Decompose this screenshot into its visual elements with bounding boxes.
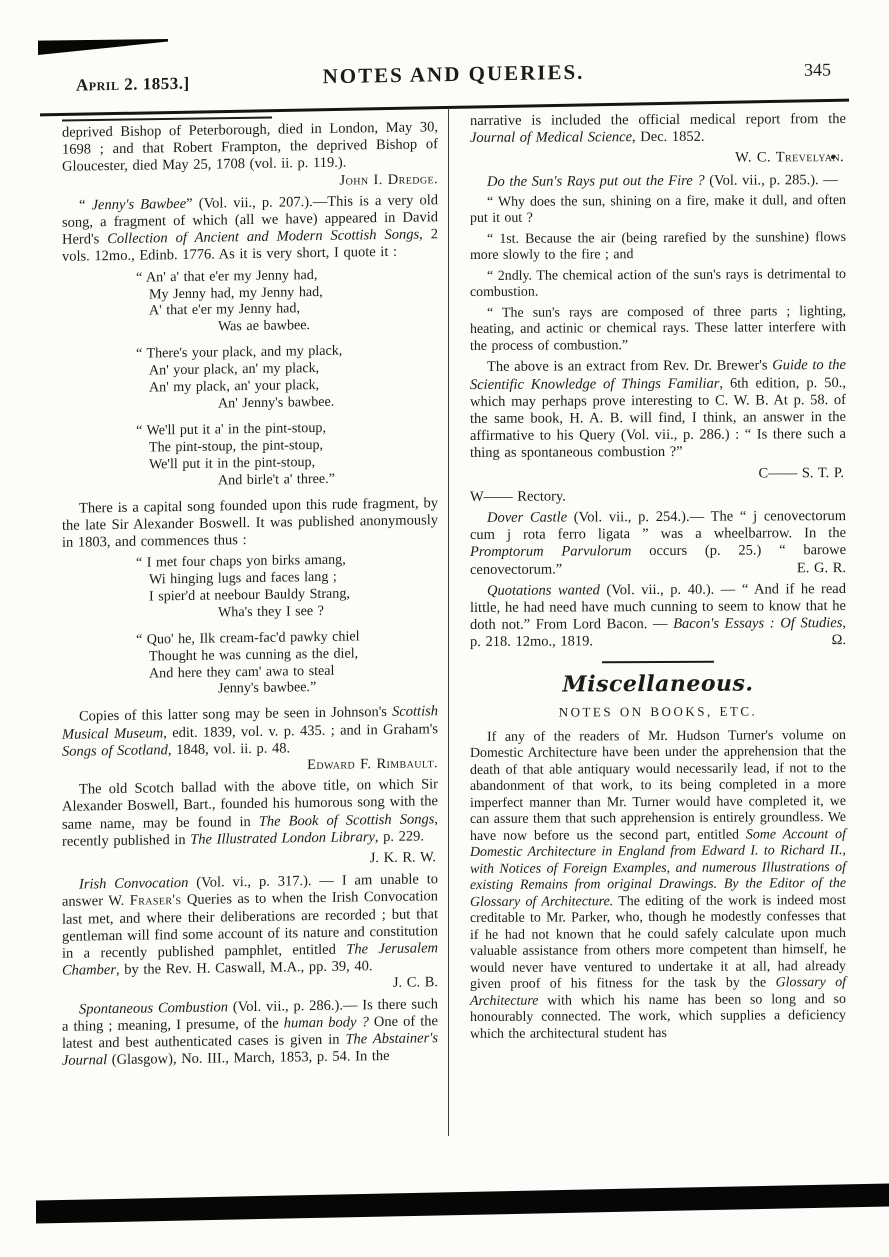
text-run: , Dec. 1852. bbox=[632, 129, 704, 145]
text-run: human body ? bbox=[284, 1014, 369, 1031]
page-number: 345 bbox=[804, 59, 831, 80]
section-subheading: NOTES ON BOOKS, ETC. bbox=[470, 702, 846, 721]
paragraph: Copies of this latter song may be seen i… bbox=[62, 704, 438, 778]
text-run: Irish Convocation bbox=[79, 875, 188, 893]
scan-edge-artifact bbox=[36, 1183, 889, 1223]
paragraph: narrative is included the official medic… bbox=[470, 111, 846, 147]
paragraph: Do the Sun's Rays put out the Fire ? (Vo… bbox=[470, 172, 846, 191]
page-body: deprived Bishop of Peterborough, died in… bbox=[62, 112, 846, 1071]
text-run: (Vol. vii., p. 285.). — bbox=[705, 172, 838, 189]
verse-stanza: “ There's your plack, and my plack,An' y… bbox=[136, 341, 438, 413]
text-run: , by the Rev. H. Caswall, M.A., pp. 39, … bbox=[116, 958, 373, 978]
text-run: “ The sun's rays are composed of three p… bbox=[470, 304, 846, 354]
paragraph: “ 2ndly. The chemical action of the sun'… bbox=[470, 267, 846, 302]
text-run: narrative is included the official medic… bbox=[470, 111, 846, 129]
verse-stanza: “ We'll put it a' in the pint-stoup,The … bbox=[136, 418, 438, 490]
paragraph: “ 1st. Because the air (being rarefied b… bbox=[470, 230, 846, 265]
paragraph: There is a capital song founded upon thi… bbox=[62, 495, 438, 552]
paragraph: “ Jenny's Bawbee” (Vol. vii., p. 207.).—… bbox=[62, 192, 438, 266]
text-run: Quotations wanted bbox=[487, 582, 600, 599]
paragraph: deprived Bishop of Peterborough, died in… bbox=[62, 119, 438, 193]
text-run: The Illustrated London Library bbox=[190, 829, 375, 848]
ink-blot-artifact bbox=[38, 39, 168, 55]
text-run: Jenny's Bawbee bbox=[92, 196, 187, 213]
text-run: There is a capital song founded upon thi… bbox=[62, 495, 438, 551]
section-heading: Miscellaneous. bbox=[470, 675, 846, 694]
signature: W. C. Trevelyan. bbox=[470, 149, 844, 168]
text-run: W—— Rectory. bbox=[470, 488, 566, 505]
verse-stanza: “ An' a' that e'er my Jenny had,My Jenny… bbox=[136, 265, 438, 337]
section-divider-rule bbox=[602, 660, 714, 663]
column-right: narrative is included the official medic… bbox=[470, 111, 846, 1072]
text-run: Do the Sun's Rays put out the Fire ? bbox=[487, 172, 705, 189]
paragraph: The old Scotch ballad with the above tit… bbox=[62, 776, 438, 850]
paragraph: Irish Convocation (Vol. vi., p. 317.). —… bbox=[62, 871, 438, 997]
verse-stanza: “ Quo' he, Ilk cream-fac'd pawky chielTh… bbox=[136, 627, 438, 699]
column-left: deprived Bishop of Peterborough, died in… bbox=[62, 109, 438, 1074]
text-run: “ Why does the sun, shining on a fire, m… bbox=[470, 193, 846, 226]
text-run: Dover Castle bbox=[487, 509, 567, 525]
paragraph: “ The sun's rays are composed of three p… bbox=[470, 304, 846, 355]
verse-stanza: “ I met four chaps yon birks amang,Wi hi… bbox=[136, 550, 438, 622]
paragraph: The above is an extract from Rev. Dr. Br… bbox=[470, 357, 846, 462]
page-header: April 2. 1853.] NOTES AND QUERIES. 345 bbox=[62, 53, 845, 103]
text-run: Songs of Scotland bbox=[62, 742, 168, 760]
signature: E. G. R. bbox=[766, 560, 846, 578]
text-run: “ 1st. Because the air (being rarefied b… bbox=[470, 230, 846, 263]
text-run: The Book of Scottish Songs bbox=[259, 811, 435, 830]
paragraph: W—— Rectory. bbox=[470, 487, 846, 506]
text-run: (Glasgow), No. III., March, 1853, p. 54.… bbox=[107, 1048, 389, 1068]
text-run: “ bbox=[79, 197, 92, 213]
text-run: Journal of Medical Science bbox=[470, 129, 632, 146]
page: April 2. 1853.] NOTES AND QUERIES. 345 d… bbox=[0, 0, 889, 1257]
publication-title: NOTES AND QUERIES. bbox=[62, 55, 845, 94]
signature: Ω. bbox=[801, 632, 846, 649]
text-run: Spontaneous Combustion bbox=[79, 999, 228, 1017]
text-run: Fraser's bbox=[130, 892, 182, 909]
text-run: , p. 229. bbox=[375, 828, 424, 845]
text-run: “ 2ndly. The chemical action of the sun'… bbox=[470, 267, 846, 300]
text-run: Bacon's Essays : Of Studies bbox=[673, 615, 842, 632]
text-run: deprived Bishop of Peterborough, died in… bbox=[62, 119, 438, 175]
text-run: , edit. 1839, vol. v. p. 435. ; and in G… bbox=[163, 721, 438, 741]
signature: J. K. R. W. bbox=[62, 849, 436, 872]
signature: C—— S. T. P. bbox=[470, 465, 844, 484]
text-run: The above is an extract from Rev. Dr. Br… bbox=[487, 358, 772, 375]
ink-speck-artifact bbox=[831, 155, 835, 159]
paragraph: If any of the readers of Mr. Hudson Turn… bbox=[470, 728, 846, 1043]
signature: J. C. B. bbox=[362, 975, 438, 993]
paragraph: Quotations wanted (Vol. vii., p. 40.). —… bbox=[470, 581, 846, 652]
paragraph: Dover Castle (Vol. vii., p. 254.).— The … bbox=[470, 508, 846, 579]
signature: John I. Dredge. bbox=[326, 171, 438, 190]
text-run: Promptorum Parvulorum bbox=[470, 543, 631, 560]
signature: Edward F. Rimbault. bbox=[276, 755, 438, 775]
text-run: , 1848, vol. ii. p. 48. bbox=[168, 740, 290, 758]
paragraph: “ Why does the sun, shining on a fire, m… bbox=[470, 193, 846, 228]
paragraph: Spontaneous Combustion (Vol. vii., p. 28… bbox=[62, 996, 438, 1070]
